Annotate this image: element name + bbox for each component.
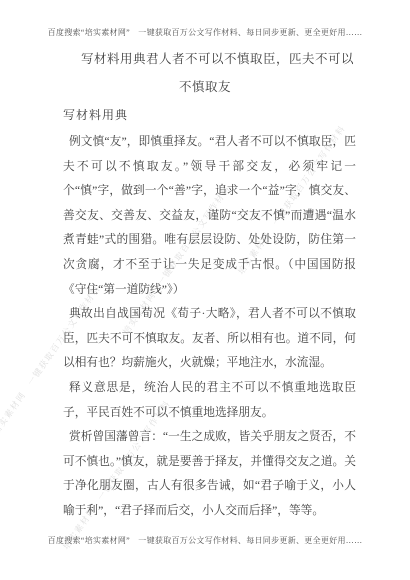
paragraph-text: 出自战国荀况《荀子·大略》，君人者不可以不慎取臣，匹夫不可不慎取友。友者、所以相… [63,307,356,369]
paragraph-allusion: 典故出自战国荀况《荀子·大略》，君人者不可以不慎取臣，匹夫不可不慎取友。友者、所… [63,302,356,376]
document-page: 百度搜索“培实素材网” 一键获取百万公文写作材料、每日同步更新、更全更好用…… … [0,0,410,580]
paragraph-definition: 释义意思是，统治人民的君主不可以不慎重地选取臣子，平民百姓不可以不慎重地选择朋友… [63,376,356,425]
paragraph-label: 例文 [69,135,93,148]
paragraph-label: 释义 [69,381,94,394]
section-heading: 写材料用典 [63,106,128,123]
document-title: 写材料用典君人者不可以不慎取臣，匹夫不可以不慎取友 [55,45,355,101]
paragraph-text: 慎“友”，即慎重择友。“君人者不可以不慎取臣，匹夫不可以不慎取友。”领导干部交友… [63,135,356,296]
page-footer-note: 百度搜索“培实素材网” 一键获取百万公文写作材料、每日同步更新、更全更好用…… [0,535,410,546]
paragraph-text: 意思是，统治人民的君主不可以不慎重地选取臣子，平民百姓不可以不慎重地选择朋友。 [63,381,356,419]
page-header-note: 百度搜索“培实素材网” 一键获取百万公文写作材料、每日同步更新、更全更好用…… [0,27,410,38]
paragraph-appreciation: 赏析曾国藩曾言：“一生之成败，皆关乎朋友之贤否，不可不慎也。”慎友，就是要善于择… [63,425,356,523]
paragraph-label: 典故 [69,307,93,320]
paragraph-example: 例文慎“友”，即慎重择友。“君人者不可以不慎取臣，匹夫不可以不慎取友。”领导干部… [63,130,356,302]
paragraph-label: 赏析 [69,430,92,443]
document-body: 例文慎“友”，即慎重择友。“君人者不可以不慎取臣，匹夫不可以不慎取友。”领导干部… [63,130,356,524]
paragraph-text: 曾国藩曾言：“一生之成败，皆关乎朋友之贤否，不可不慎也。”慎友，就是要善于择友，… [63,430,356,517]
